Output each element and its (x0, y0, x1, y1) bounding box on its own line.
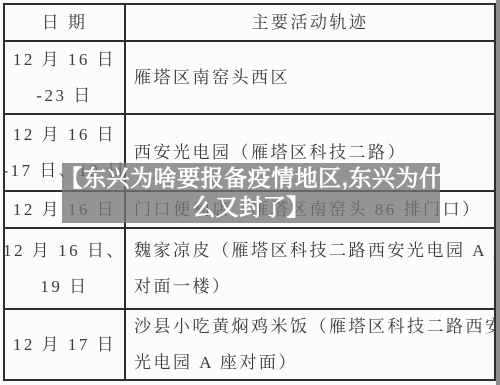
date-line: 19 日 (40, 269, 88, 305)
date-cell: 12 月 17 日 (5, 310, 126, 379)
table-row: 12 月 16 日 -23 日 雁塔区南窑头西区 (5, 42, 494, 115)
header-date-cell: 日 期 (5, 5, 126, 40)
header-trajectory-label: 主要活动轨迹 (252, 5, 369, 41)
date-cell: 12 月 16 日、 19 日 (5, 229, 126, 308)
table-header-row: 日 期 主要活动轨迹 (5, 5, 494, 42)
date-line: 12 月 16 日 (13, 117, 116, 153)
date-line: -23 日 (36, 78, 92, 114)
trajectory-line: 沙县小吃黄焖鸡米饭（雁塔区科技二路西安 (134, 309, 500, 345)
trajectory-line: 魏家凉皮（雁塔区科技二路西安光电园 A 座 (134, 233, 500, 269)
right-edge-strip (496, 0, 500, 385)
watermark-overlay: 【东兴为啥要报备疫情地区,东兴为什 么又封了】 (62, 163, 440, 223)
header-trajectory-cell: 主要活动轨迹 (126, 5, 494, 40)
date-line: 12 月 16 日 (13, 42, 116, 78)
screenshot-root: 日 期 主要活动轨迹 12 月 16 日 -23 日 雁塔区南窑头西区 12 月… (0, 0, 500, 385)
trajectory-line: 光电园 A 座对面） (134, 345, 298, 381)
trajectory-line: 对面一楼） (134, 269, 232, 305)
trajectory-cell: 魏家凉皮（雁塔区科技二路西安光电园 A 座 对面一楼） (126, 229, 500, 308)
trajectory-line: 雁塔区南窑头西区 (134, 60, 290, 96)
date-cell: 12 月 16 日 -23 日 (5, 42, 126, 113)
date-line: 12 月 17 日 (13, 327, 116, 363)
trajectory-cell: 沙县小吃黄焖鸡米饭（雁塔区科技二路西安 光电园 A 座对面） (126, 310, 500, 379)
date-line: 12 月 16 日、 (3, 233, 126, 269)
header-date-label: 日 期 (42, 5, 88, 41)
trajectory-cell: 雁塔区南窑头西区 (126, 42, 494, 113)
table-row: 12 月 16 日、 19 日 魏家凉皮（雁塔区科技二路西安光电园 A 座 对面… (5, 229, 494, 310)
watermark-line: 【东兴为啥要报备疫情地区,东兴为什 (60, 164, 443, 193)
table-row: 12 月 17 日 沙县小吃黄焖鸡米饭（雁塔区科技二路西安 光电园 A 座对面） (5, 310, 494, 379)
watermark-line: 么又封了】 (192, 193, 310, 222)
